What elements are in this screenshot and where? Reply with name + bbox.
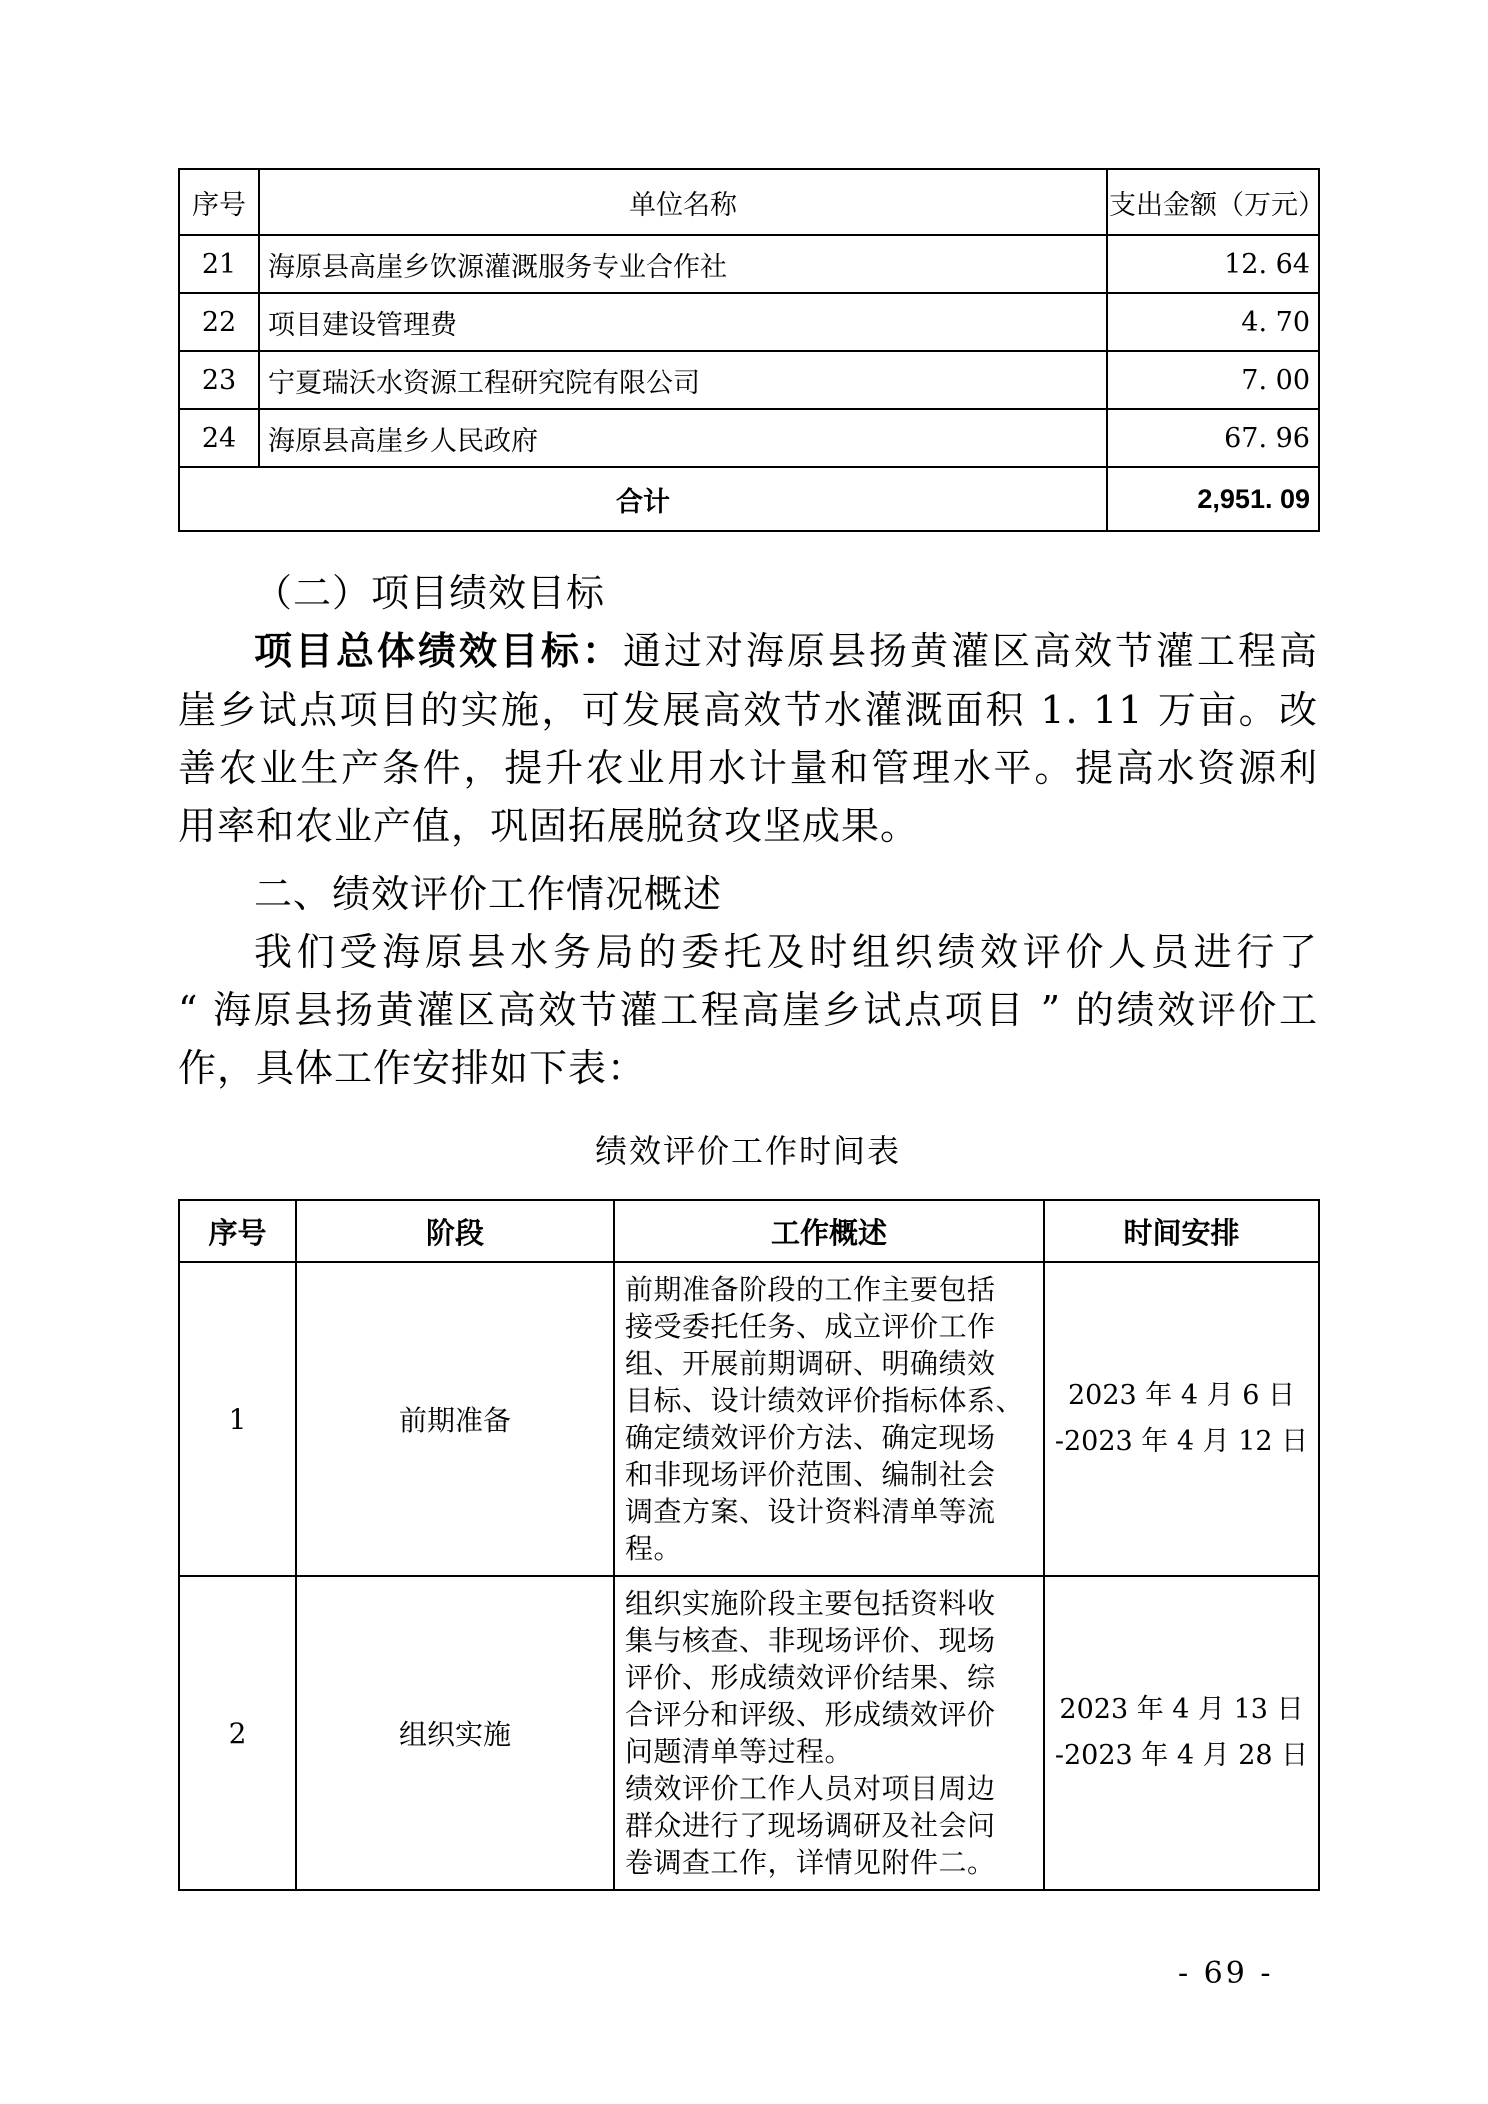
amount-value: 7. 00 bbox=[1107, 351, 1319, 409]
intro-line-1: 我们受海原县水务局的委托及时组织绩效评价人员进行了 bbox=[178, 923, 1318, 981]
unit-name: 项目建设管理费 bbox=[259, 293, 1107, 351]
unit-name: 海原县高崖乡饮源灌溉服务专业合作社 bbox=[259, 235, 1107, 293]
row-no: 22 bbox=[179, 293, 259, 351]
stage-time: 2023 年 4 月 13 日 -2023 年 4 月 28 日 bbox=[1044, 1576, 1319, 1890]
table-row: 23 宁夏瑞沃水资源工程研究院有限公司 7. 00 bbox=[179, 351, 1319, 409]
paragraph-work-intro: 我们受海原县水务局的委托及时组织绩效评价人员进行了 “ 海原县扬黄灌区高效节灌工… bbox=[178, 923, 1318, 1097]
goal-line-4: 用率和农业产值，巩固拓展脱贫攻坚成果。 bbox=[178, 797, 1318, 855]
stage-name: 组织实施 bbox=[296, 1576, 614, 1890]
row-no: 24 bbox=[179, 409, 259, 467]
unit-name: 宁夏瑞沃水资源工程研究院有限公司 bbox=[259, 351, 1107, 409]
stage-no: 2 bbox=[179, 1576, 296, 1890]
stage-summary: 组织实施阶段主要包括资料收 集与核查、非现场评价、现场 评价、形成绩效评价结果、… bbox=[614, 1576, 1044, 1890]
amount-value: 12. 64 bbox=[1107, 235, 1319, 293]
stage-time: 2023 年 4 月 6 日 -2023 年 4 月 12 日 bbox=[1044, 1262, 1319, 1576]
total-amount: 2,951. 09 bbox=[1107, 467, 1319, 531]
section-heading-overview: 二、绩效评价工作情况概述 bbox=[178, 865, 1318, 923]
col-header-no: 序号 bbox=[179, 169, 259, 235]
amount-value: 67. 96 bbox=[1107, 409, 1319, 467]
page-number: - 69 - bbox=[1178, 1956, 1274, 1991]
intro-line-3: 作，具体工作安排如下表： bbox=[178, 1039, 1318, 1097]
col-header-index: 序号 bbox=[179, 1200, 296, 1262]
expenditure-table: 序号 单位名称 支出金额（万元） 21 海原县高崖乡饮源灌溉服务专业合作社 12… bbox=[178, 168, 1320, 532]
total-label: 合计 bbox=[179, 467, 1107, 531]
col-header-time: 时间安排 bbox=[1044, 1200, 1319, 1262]
bold-lead: 项目总体绩效目标： bbox=[254, 631, 623, 673]
col-header-stage: 阶段 bbox=[296, 1200, 614, 1262]
col-header-summary: 工作概述 bbox=[614, 1200, 1044, 1262]
table-row: 24 海原县高崖乡人民政府 67. 96 bbox=[179, 409, 1319, 467]
table-row: 21 海原县高崖乡饮源灌溉服务专业合作社 12. 64 bbox=[179, 235, 1319, 293]
goal-line-2: 崖乡试点项目的实施，可发展高效节水灌溉面积 1. 11 万亩。改 bbox=[178, 681, 1318, 739]
schedule-header-row: 序号 阶段 工作概述 时间安排 bbox=[179, 1200, 1319, 1262]
stage-summary: 前期准备阶段的工作主要包括 接受委托任务、成立评价工作 组、开展前期调研、明确绩… bbox=[614, 1262, 1044, 1576]
amount-value: 4. 70 bbox=[1107, 293, 1319, 351]
stage-no: 1 bbox=[179, 1262, 296, 1576]
goal-line-1-rest: 通过对海原县扬黄灌区高效节灌工程高 bbox=[623, 629, 1318, 673]
document-page: 序号 单位名称 支出金额（万元） 21 海原县高崖乡饮源灌溉服务专业合作社 12… bbox=[0, 0, 1488, 2104]
unit-name: 海原县高崖乡人民政府 bbox=[259, 409, 1107, 467]
schedule-table: 序号 阶段 工作概述 时间安排 1 前期准备 前期准备阶段的工作主要包括 接受委… bbox=[178, 1199, 1320, 1891]
table-row: 22 项目建设管理费 4. 70 bbox=[179, 293, 1319, 351]
paragraph-overall-goal: 项目总体绩效目标：通过对海原县扬黄灌区高效节灌工程高 崖乡试点项目的实施，可发展… bbox=[178, 622, 1318, 855]
row-no: 21 bbox=[179, 235, 259, 293]
goal-line-1: 项目总体绩效目标：通过对海原县扬黄灌区高效节灌工程高 bbox=[178, 622, 1318, 681]
page-content: 序号 单位名称 支出金额（万元） 21 海原县高崖乡饮源灌溉服务专业合作社 12… bbox=[178, 168, 1318, 1891]
row-no: 23 bbox=[179, 351, 259, 409]
schedule-row: 1 前期准备 前期准备阶段的工作主要包括 接受委托任务、成立评价工作 组、开展前… bbox=[179, 1262, 1319, 1576]
schedule-table-title: 绩效评价工作时间表 bbox=[178, 1127, 1318, 1175]
col-header-unit-name: 单位名称 bbox=[259, 169, 1107, 235]
total-row: 合计 2,951. 09 bbox=[179, 467, 1319, 531]
goal-line-3: 善农业生产条件，提升农业用水计量和管理水平。提高水资源利 bbox=[178, 739, 1318, 797]
section-heading-goal: （二）项目绩效目标 bbox=[178, 564, 1318, 622]
col-header-amount: 支出金额（万元） bbox=[1107, 169, 1319, 235]
stage-name: 前期准备 bbox=[296, 1262, 614, 1576]
intro-line-2: “ 海原县扬黄灌区高效节灌工程高崖乡试点项目 ” 的绩效评价工 bbox=[178, 981, 1318, 1039]
schedule-row: 2 组织实施 组织实施阶段主要包括资料收 集与核查、非现场评价、现场 评价、形成… bbox=[179, 1576, 1319, 1890]
expenditure-header-row: 序号 单位名称 支出金额（万元） bbox=[179, 169, 1319, 235]
